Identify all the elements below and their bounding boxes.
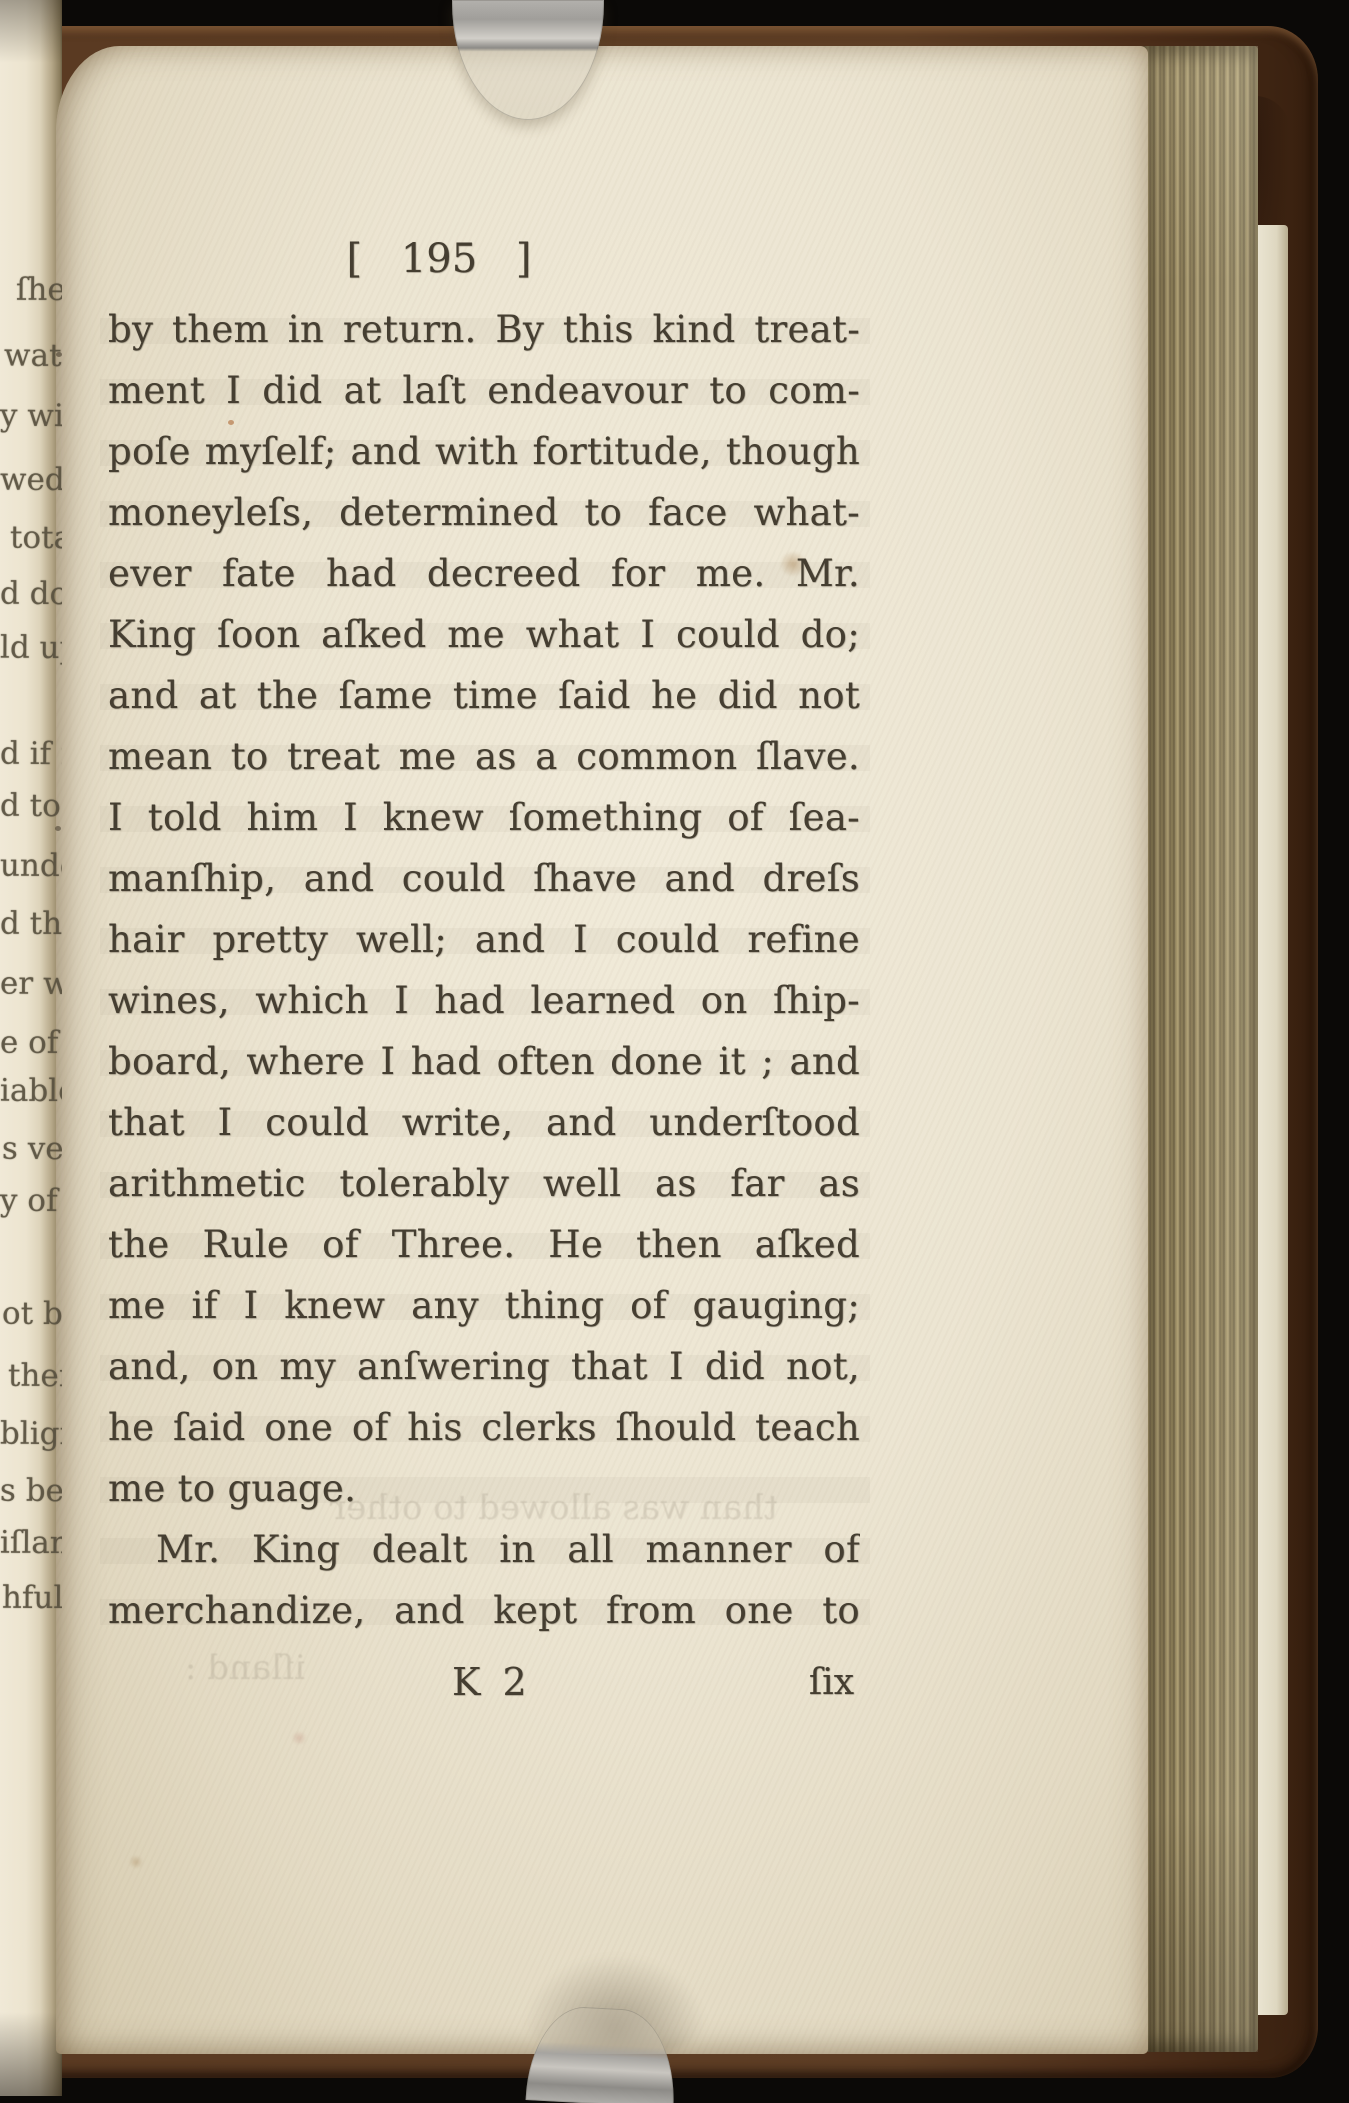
body-text-line: wines, which I had learned on ſhip-	[108, 970, 860, 1031]
left-edge-fragment: e of hin	[0, 1025, 62, 1062]
left-edge-fragment: y of his	[0, 1183, 62, 1220]
left-edge-fragment: s very	[2, 1131, 62, 1168]
left-edge-fragment: er which	[0, 966, 62, 1003]
body-text-line: hair pretty well; and I could refine	[108, 909, 860, 970]
stain-spot	[128, 1856, 144, 1868]
left-edge-fragment: d to m	[0, 788, 62, 825]
body-text-line: he ſaid one of his clerks ſhould teach	[108, 1397, 860, 1458]
left-edge-fragment: iable d	[0, 1073, 62, 1110]
fore-edge-page-block	[1136, 46, 1258, 2052]
left-edge-fragment: d that h	[0, 906, 62, 943]
body-text-line: moneyleſs, determined to face what-	[108, 482, 860, 543]
body-text-line: I told him I knew ſomething of ſea-	[108, 787, 860, 848]
left-edge-fragment: ot bea	[2, 1296, 62, 1333]
body-text-line: by them in return. By this kind treat-	[108, 299, 860, 360]
left-edge-fragment: s bette	[0, 1473, 62, 1510]
body-text-line: ever fate had decreed for me. Mr.	[108, 543, 860, 604]
left-edge-fragments: ſhe wwaterſidy wiſhfwed hetotallyd dowld…	[0, 0, 62, 2096]
page-number-header: [ 195 ]	[108, 236, 770, 294]
catchword: ſix	[809, 1652, 854, 1713]
body-text-line: that I could write, and underſtood	[108, 1092, 860, 1153]
left-edge-fragment: d dow	[0, 576, 62, 613]
body-text-line: and at the ſame time ſaid he did not	[108, 665, 860, 726]
left-edge-fragment: totally	[10, 520, 62, 557]
body-text-line: mean to treat me as a common ſlave.	[108, 726, 860, 787]
left-edge-fragment: iſland,	[0, 1525, 62, 1562]
left-edge-fragment: y wiſhf	[0, 398, 62, 435]
smudge-spot	[290, 1732, 308, 1744]
left-edge-fragment: wed he	[0, 462, 62, 499]
body-text-line: merchandize, and kept from one to	[108, 1580, 860, 1641]
body-text-line: me if I knew any thing of gauging;	[108, 1275, 860, 1336]
left-edge-fragment: ld up m	[0, 630, 62, 667]
left-edge-fragment: waterſid	[4, 338, 62, 375]
left-edge-fragment: ſhe w	[16, 272, 62, 309]
body-text-line: the Rule of Three. He then aſked	[108, 1214, 860, 1275]
book-photograph: [ 195 ] by them in return. By this kind …	[0, 0, 1349, 2103]
body-text-line: manſhip, and could ſhave and dreſs	[108, 848, 860, 909]
body-text-line: arithmetic tolerably well as far as	[108, 1153, 860, 1214]
left-edge-fragment: under it	[0, 848, 62, 885]
body-text-line: Mr. King dealt in all manner of	[108, 1519, 860, 1580]
fore-edge-shading	[1136, 46, 1258, 2052]
left-edge-fragment: hfully	[2, 1580, 62, 1617]
left-edge-fragment: bliging	[0, 1416, 62, 1453]
ghost-text-fragment: than was allowed to other	[330, 1488, 778, 1528]
ghost-text-fragment: iſland :	[185, 1648, 306, 1688]
signature-mark: K 2	[452, 1652, 527, 1713]
body-text-line: poſe myſelf; and with fortitude, though	[108, 421, 860, 482]
body-text-line: and, on my anſwering that I did not,	[108, 1336, 860, 1397]
body-text: by them in return. By this kind treat-me…	[108, 299, 860, 1641]
left-edge-fragment: d if m	[0, 736, 62, 773]
left-edge-fragment: them	[8, 1358, 62, 1395]
body-text-line: King ſoon aſked me what I could do;	[108, 604, 860, 665]
body-text-line: ment I did at laſt endeavour to com-	[108, 360, 860, 421]
body-text-line: board, where I had often done it ; and	[108, 1031, 860, 1092]
